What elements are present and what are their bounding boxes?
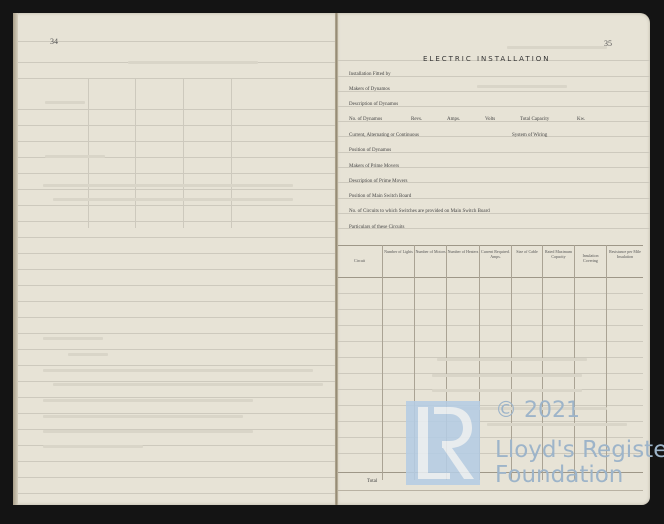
field-current-type: Current, Alternating or Continuous <box>349 133 419 138</box>
field-description-of-dynamos: Description of Dynamos <box>349 102 398 107</box>
page-number: 34 <box>50 37 58 46</box>
book-spine <box>335 13 338 505</box>
field-no-of-circuits: No. of Circuits to which Switches are pr… <box>349 209 490 214</box>
field-no-of-dynamos: No. of Dynamos <box>349 117 382 122</box>
field-installation-fitted-by: Installation Fitted by <box>349 72 391 77</box>
field-volts: Volts <box>485 117 495 122</box>
col-circuit: Circuit <box>337 258 382 263</box>
col-number-of-lights: Number of Lights <box>383 249 414 254</box>
field-description-of-prime-movers: Description of Prime Movers <box>349 179 407 184</box>
col-number-of-heaters: Number of Heaters <box>447 249 479 254</box>
field-system-of-wiring: System of Wiring <box>512 133 547 138</box>
field-makers-of-dynamos: Makers of Dynamos <box>349 87 390 92</box>
col-number-of-motors: Number of Motors <box>415 249 446 254</box>
col-insulation-covering: Insulation Covering <box>575 253 606 263</box>
field-kw: Kw. <box>577 117 585 122</box>
field-amps: Amps. <box>447 117 460 122</box>
col-rated-maximum-capacity: Rated Maximum Capacity <box>543 249 574 259</box>
page-edge <box>13 13 18 505</box>
right-page: 35 ELECTRIC INSTALLATION Installation Fi… <box>337 13 650 505</box>
field-makers-of-prime-movers: Makers of Prime Movers <box>349 164 399 169</box>
total-label: Total <box>367 479 377 484</box>
col-size-of-cable: Size of Cable <box>512 249 542 254</box>
watermark-copyright: © 2021 <box>495 398 580 423</box>
field-position-of-dynamos: Position of Dynamos <box>349 148 391 153</box>
watermark-line2: Foundation <box>495 462 623 488</box>
watermark-line1: Lloyd's Register <box>495 437 664 463</box>
field-total-capacity: Total Capacity <box>520 117 549 122</box>
field-revs: Revs. <box>411 117 422 122</box>
field-position-of-main-switch-board: Position of Main Switch Board <box>349 194 411 199</box>
field-particulars-of-circuits: Particulars of these Circuits <box>349 225 404 230</box>
lr-logo-icon <box>406 401 480 485</box>
col-resistance-per-mile: Resistance per Mile Insulation <box>607 249 643 259</box>
lr-logo <box>406 401 480 485</box>
page-title: ELECTRIC INSTALLATION <box>423 55 551 63</box>
col-current-required: Current Required. Amps. <box>480 249 511 259</box>
left-page: 34 <box>13 13 337 505</box>
